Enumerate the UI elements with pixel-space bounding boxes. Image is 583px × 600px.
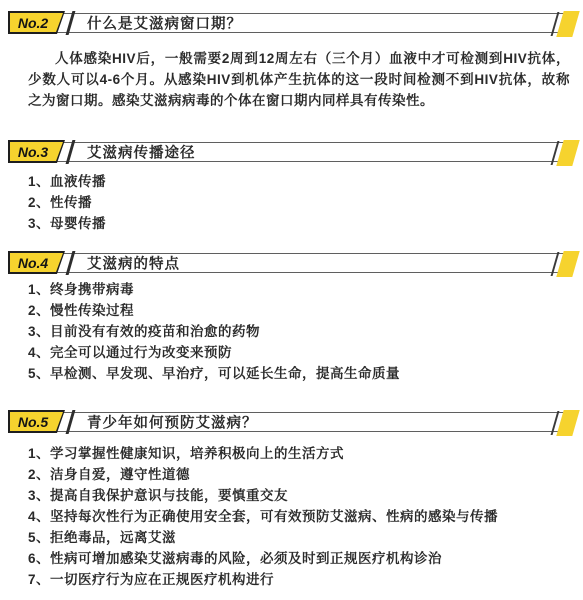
list-item: 1、学习掌握性健康知识，培养积极向上的生活方式	[28, 443, 573, 464]
list-item: 2、性传播	[28, 192, 573, 213]
badge-label: No.3	[8, 140, 58, 163]
list-item: 2、洁身自爱，遵守性道德	[28, 464, 573, 485]
aids-characteristics-list: 1、终身携带病毒 2、慢性传染过程 3、目前没有有效的疫苗和治愈的药物 4、完全…	[28, 279, 573, 384]
header-end-yellow-accent	[556, 140, 579, 166]
list-item: 3、提高自我保护意识与技能，要慎重交友	[28, 485, 573, 506]
badge-label: No.5	[8, 410, 58, 433]
window-period-paragraph: 人体感染HIV后，一般需要2周到12周左右（三个月）血液中才可检测到HIV抗体，…	[28, 48, 570, 111]
list-item: 5、拒绝毒品，远离艾滋	[28, 527, 573, 548]
list-item: 4、完全可以通过行为改变来预防	[28, 342, 573, 363]
section-title-bar: 青少年如何预防艾滋病？	[36, 412, 570, 432]
section-number-badge: No.2	[8, 11, 65, 34]
badge-label: No.2	[8, 11, 58, 34]
section-number-badge: No.4	[8, 251, 65, 274]
section-title: 艾滋病的特点	[87, 253, 180, 274]
list-item: 1、终身携带病毒	[28, 279, 573, 300]
list-item: 7、一切医疗行为应在正规医疗机构进行	[28, 569, 573, 590]
list-item: 1、血液传播	[28, 171, 573, 192]
header-end-yellow-accent	[556, 251, 579, 277]
list-item: 3、目前没有有效的疫苗和治愈的药物	[28, 321, 573, 342]
section-number-badge: No.5	[8, 410, 65, 433]
section-teen-prevention: 青少年如何预防艾滋病？ No.5 1、学习掌握性健康知识，培养积极向上的生活方式…	[0, 410, 583, 590]
badge-label: No.4	[8, 251, 58, 274]
section-header: 什么是艾滋病窗口期？ No.2	[8, 11, 570, 35]
section-aids-characteristics: 艾滋病的特点 No.4 1、终身携带病毒 2、慢性传染过程 3、目前没有有效的疫…	[0, 251, 583, 384]
list-item: 5、早检测、早发现、早治疗，可以延长生命，提高生命质量	[28, 363, 573, 384]
section-header: 青少年如何预防艾滋病？ No.5	[8, 410, 570, 434]
section-header: 艾滋病的特点 No.4	[8, 251, 570, 275]
teen-prevention-list: 1、学习掌握性健康知识，培养积极向上的生活方式 2、洁身自爱，遵守性道德 3、提…	[28, 443, 573, 590]
transmission-routes-list: 1、血液传播 2、性传播 3、母婴传播	[28, 171, 573, 234]
section-number-badge: No.3	[8, 140, 65, 163]
section-title: 青少年如何预防艾滋病？	[87, 412, 258, 433]
header-end-yellow-accent	[556, 410, 579, 436]
section-title: 什么是艾滋病窗口期？	[87, 13, 242, 34]
list-item: 6、性病可增加感染艾滋病毒的风险，必须及时到正规医疗机构诊治	[28, 548, 573, 569]
list-item: 4、坚持每次性行为正确使用安全套，可有效预防艾滋病、性病的感染与传播	[28, 506, 573, 527]
section-header: 艾滋病传播途径 No.3	[8, 140, 570, 164]
section-title-bar: 艾滋病的特点	[36, 253, 570, 273]
list-item: 2、慢性传染过程	[28, 300, 573, 321]
section-transmission-routes: 艾滋病传播途径 No.3 1、血液传播 2、性传播 3、母婴传播	[0, 140, 583, 234]
header-end-yellow-accent	[556, 11, 579, 37]
section-title-bar: 什么是艾滋病窗口期？	[36, 13, 570, 33]
section-title: 艾滋病传播途径	[87, 142, 196, 163]
infographic-page: 什么是艾滋病窗口期？ No.2 人体感染HIV后，一般需要2周到12周左右（三个…	[0, 0, 583, 600]
list-item: 3、母婴传播	[28, 213, 573, 234]
section-title-bar: 艾滋病传播途径	[36, 142, 570, 162]
section-window-period: 什么是艾滋病窗口期？ No.2 人体感染HIV后，一般需要2周到12周左右（三个…	[0, 11, 583, 111]
